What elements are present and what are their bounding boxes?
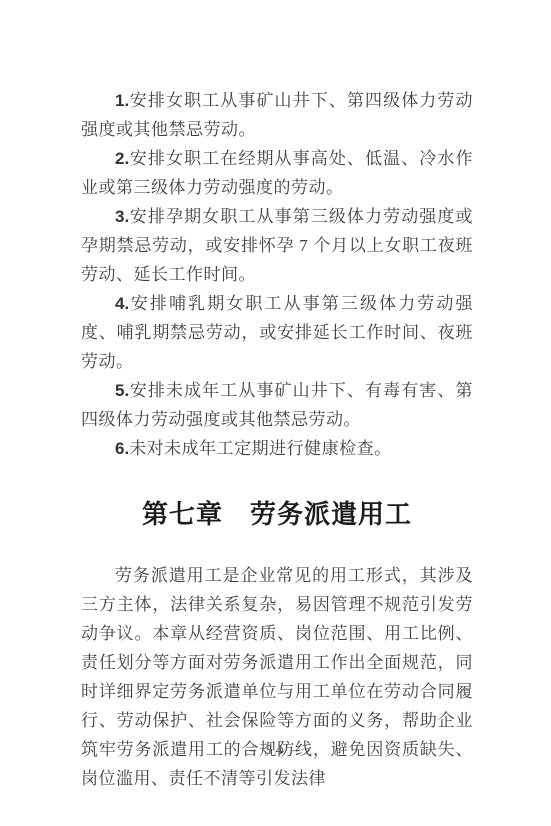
- page-content: 1.安排女职工从事矿山井下、第四级体力劳动强度或其他禁忌劳动。 2.安排女职工在…: [81, 86, 473, 793]
- list-item-number: 1.: [115, 91, 129, 110]
- list-item-number: 3.: [115, 207, 129, 226]
- list-item: 5.安排未成年工从事矿山井下、有毒有害、第四级体力劳动强度或其他禁忌劳动。: [81, 376, 473, 434]
- list-item-number: 2.: [115, 149, 129, 168]
- list-item: 1.安排女职工从事矿山井下、第四级体力劳动强度或其他禁忌劳动。: [81, 86, 473, 144]
- chapter-heading: 第七章 劳务派遣用工: [81, 499, 473, 531]
- list-item: 2.安排女职工在经期从事高处、低温、冷水作业或第三级体力劳动强度的劳动。: [81, 144, 473, 202]
- list-item: 6.未对未成年工定期进行健康检查。: [81, 434, 473, 463]
- list-item: 3.安排孕期女职工从事第三级体力劳动强度或孕期禁忌劳动，或安排怀孕 7 个月以上…: [81, 202, 473, 289]
- list-item-text: 未对未成年工定期进行健康检查。: [129, 439, 392, 458]
- list-item: 4.安排哺乳期女职工从事第三级体力劳动强度、哺乳期禁忌劳动，或安排延长工作时间、…: [81, 289, 473, 376]
- document-page: 1.安排女职工从事矿山井下、第四级体力劳动强度或其他禁忌劳动。 2.安排女职工在…: [0, 0, 551, 826]
- list-item-text: 安排孕期女职工从事第三级体力劳动强度或孕期禁忌劳动，或安排怀孕 7 个月以上女职…: [81, 207, 473, 284]
- list-item-text: 安排女职工从事矿山井下、第四级体力劳动强度或其他禁忌劳动。: [81, 91, 473, 139]
- list-item-number: 4.: [115, 294, 129, 313]
- list-item-number: 5.: [115, 381, 129, 400]
- list-item-text: 安排哺乳期女职工从事第三级体力劳动强度、哺乳期禁忌劳动，或安排延长工作时间、夜班…: [81, 294, 473, 371]
- page-number: – 34 –: [0, 743, 551, 759]
- list-item-text: 安排未成年工从事矿山井下、有毒有害、第四级体力劳动强度或其他禁忌劳动。: [81, 381, 473, 429]
- numbered-list: 1.安排女职工从事矿山井下、第四级体力劳动强度或其他禁忌劳动。 2.安排女职工在…: [81, 86, 473, 463]
- list-item-text: 安排女职工在经期从事高处、低温、冷水作业或第三级体力劳动强度的劳动。: [81, 149, 473, 197]
- list-item-number: 6.: [115, 439, 129, 458]
